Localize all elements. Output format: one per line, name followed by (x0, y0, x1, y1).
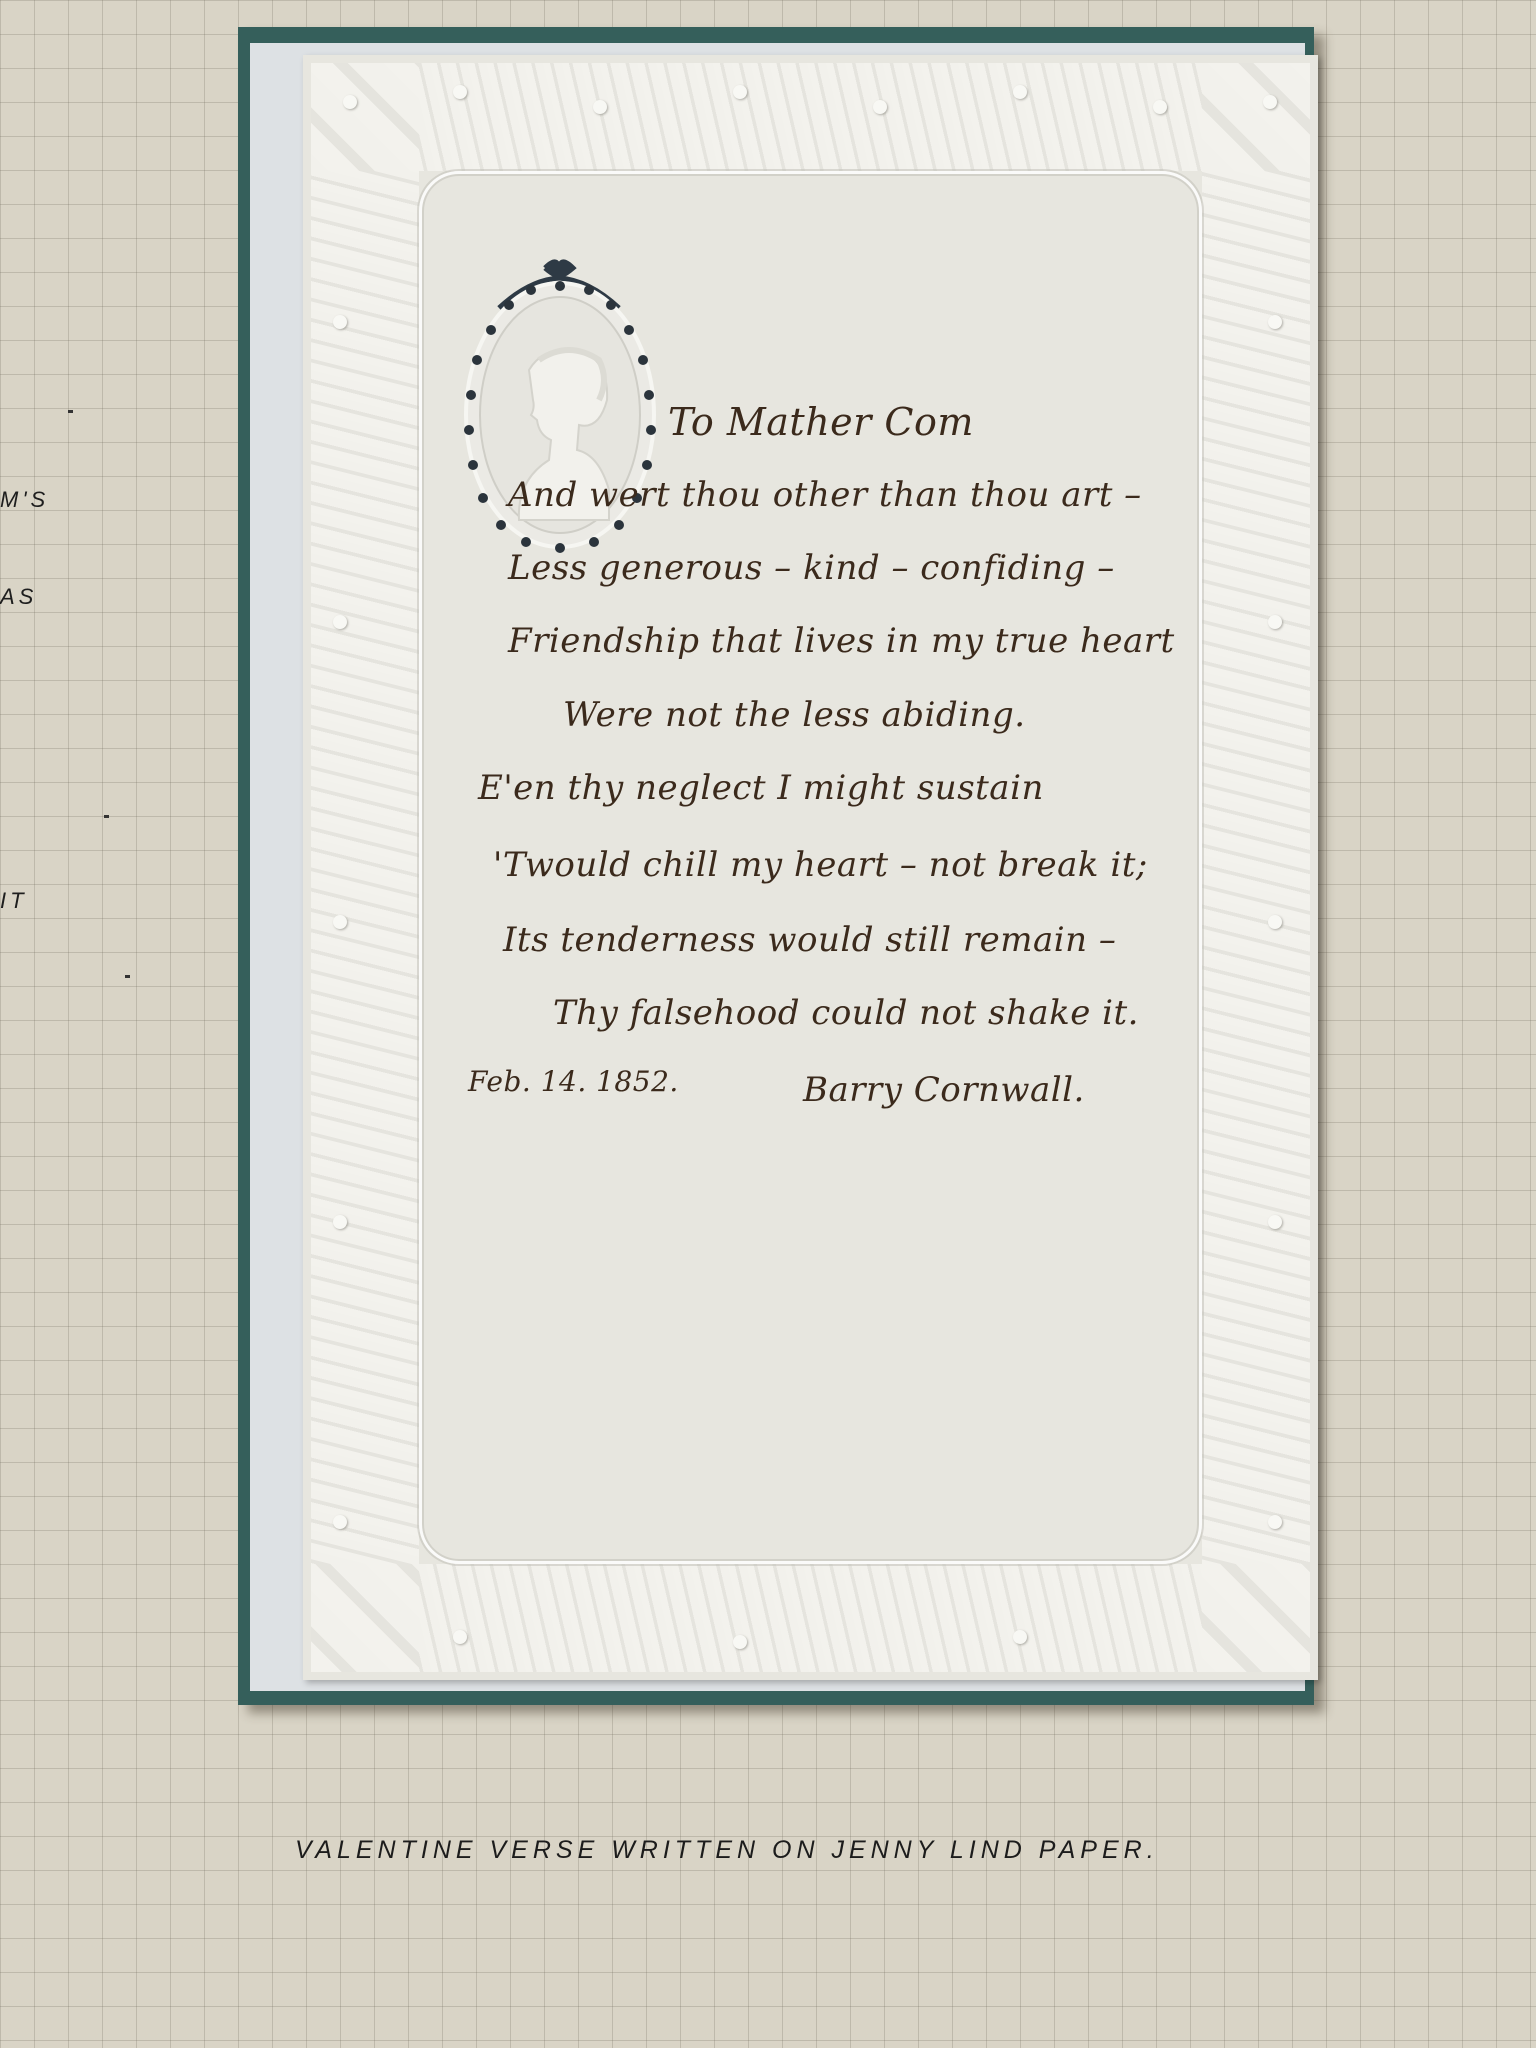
ink-speck (68, 410, 73, 413)
emboss-dot (1013, 85, 1027, 99)
jenny-lind-letter-paper: To Mather Com And wert thou other than t… (303, 55, 1318, 1680)
verse-line-5: E'en thy neglect I might sustain (478, 768, 1044, 808)
emboss-dot (873, 100, 887, 114)
verse-line-8: Thy falsehood could not shake it. (553, 993, 1139, 1033)
album-caption: VALENTINE VERSE WRITTEN ON JENNY LIND PA… (295, 1836, 1159, 1865)
emboss-dot (453, 85, 467, 99)
emboss-dot (333, 915, 347, 929)
emboss-dot (343, 95, 357, 109)
emboss-dot (333, 315, 347, 329)
emboss-dot (333, 1515, 347, 1529)
emboss-dot (1153, 100, 1167, 114)
emboss-dot (1268, 615, 1282, 629)
emboss-dot (333, 615, 347, 629)
verse-line-4: Were not the less abiding. (563, 695, 1026, 735)
verse-date: Feb. 14. 1852. (468, 1065, 679, 1098)
verse-line-3: Friendship that lives in my true heart (508, 621, 1175, 661)
verse-dedication: To Mather Com (668, 400, 974, 444)
emboss-dot (1268, 315, 1282, 329)
emboss-dot (733, 1635, 747, 1649)
emboss-dot (1268, 915, 1282, 929)
emboss-dot (733, 85, 747, 99)
emboss-dot (1263, 95, 1277, 109)
verse-signature: Barry Cornwall. (803, 1070, 1085, 1110)
emboss-dot (593, 100, 607, 114)
emboss-dot (333, 1215, 347, 1229)
verse-line-1: And wert thou other than thou art – (508, 475, 1142, 515)
verse-line-2: Less generous – kind – confiding – (508, 548, 1115, 588)
emboss-dot (1268, 1215, 1282, 1229)
margin-text-fragment: IT (0, 888, 28, 914)
ink-speck (104, 815, 109, 818)
ink-speck (125, 975, 130, 978)
emboss-dot (453, 1630, 467, 1644)
emboss-dot (1268, 1515, 1282, 1529)
margin-text-fragment: AS (0, 584, 37, 610)
verse-line-6: 'Twould chill my heart – not break it; (493, 845, 1148, 885)
emboss-dot (1013, 1630, 1027, 1644)
margin-text-fragment: M'S (0, 487, 49, 513)
verse-line-7: Its tenderness would still remain – (503, 920, 1116, 960)
